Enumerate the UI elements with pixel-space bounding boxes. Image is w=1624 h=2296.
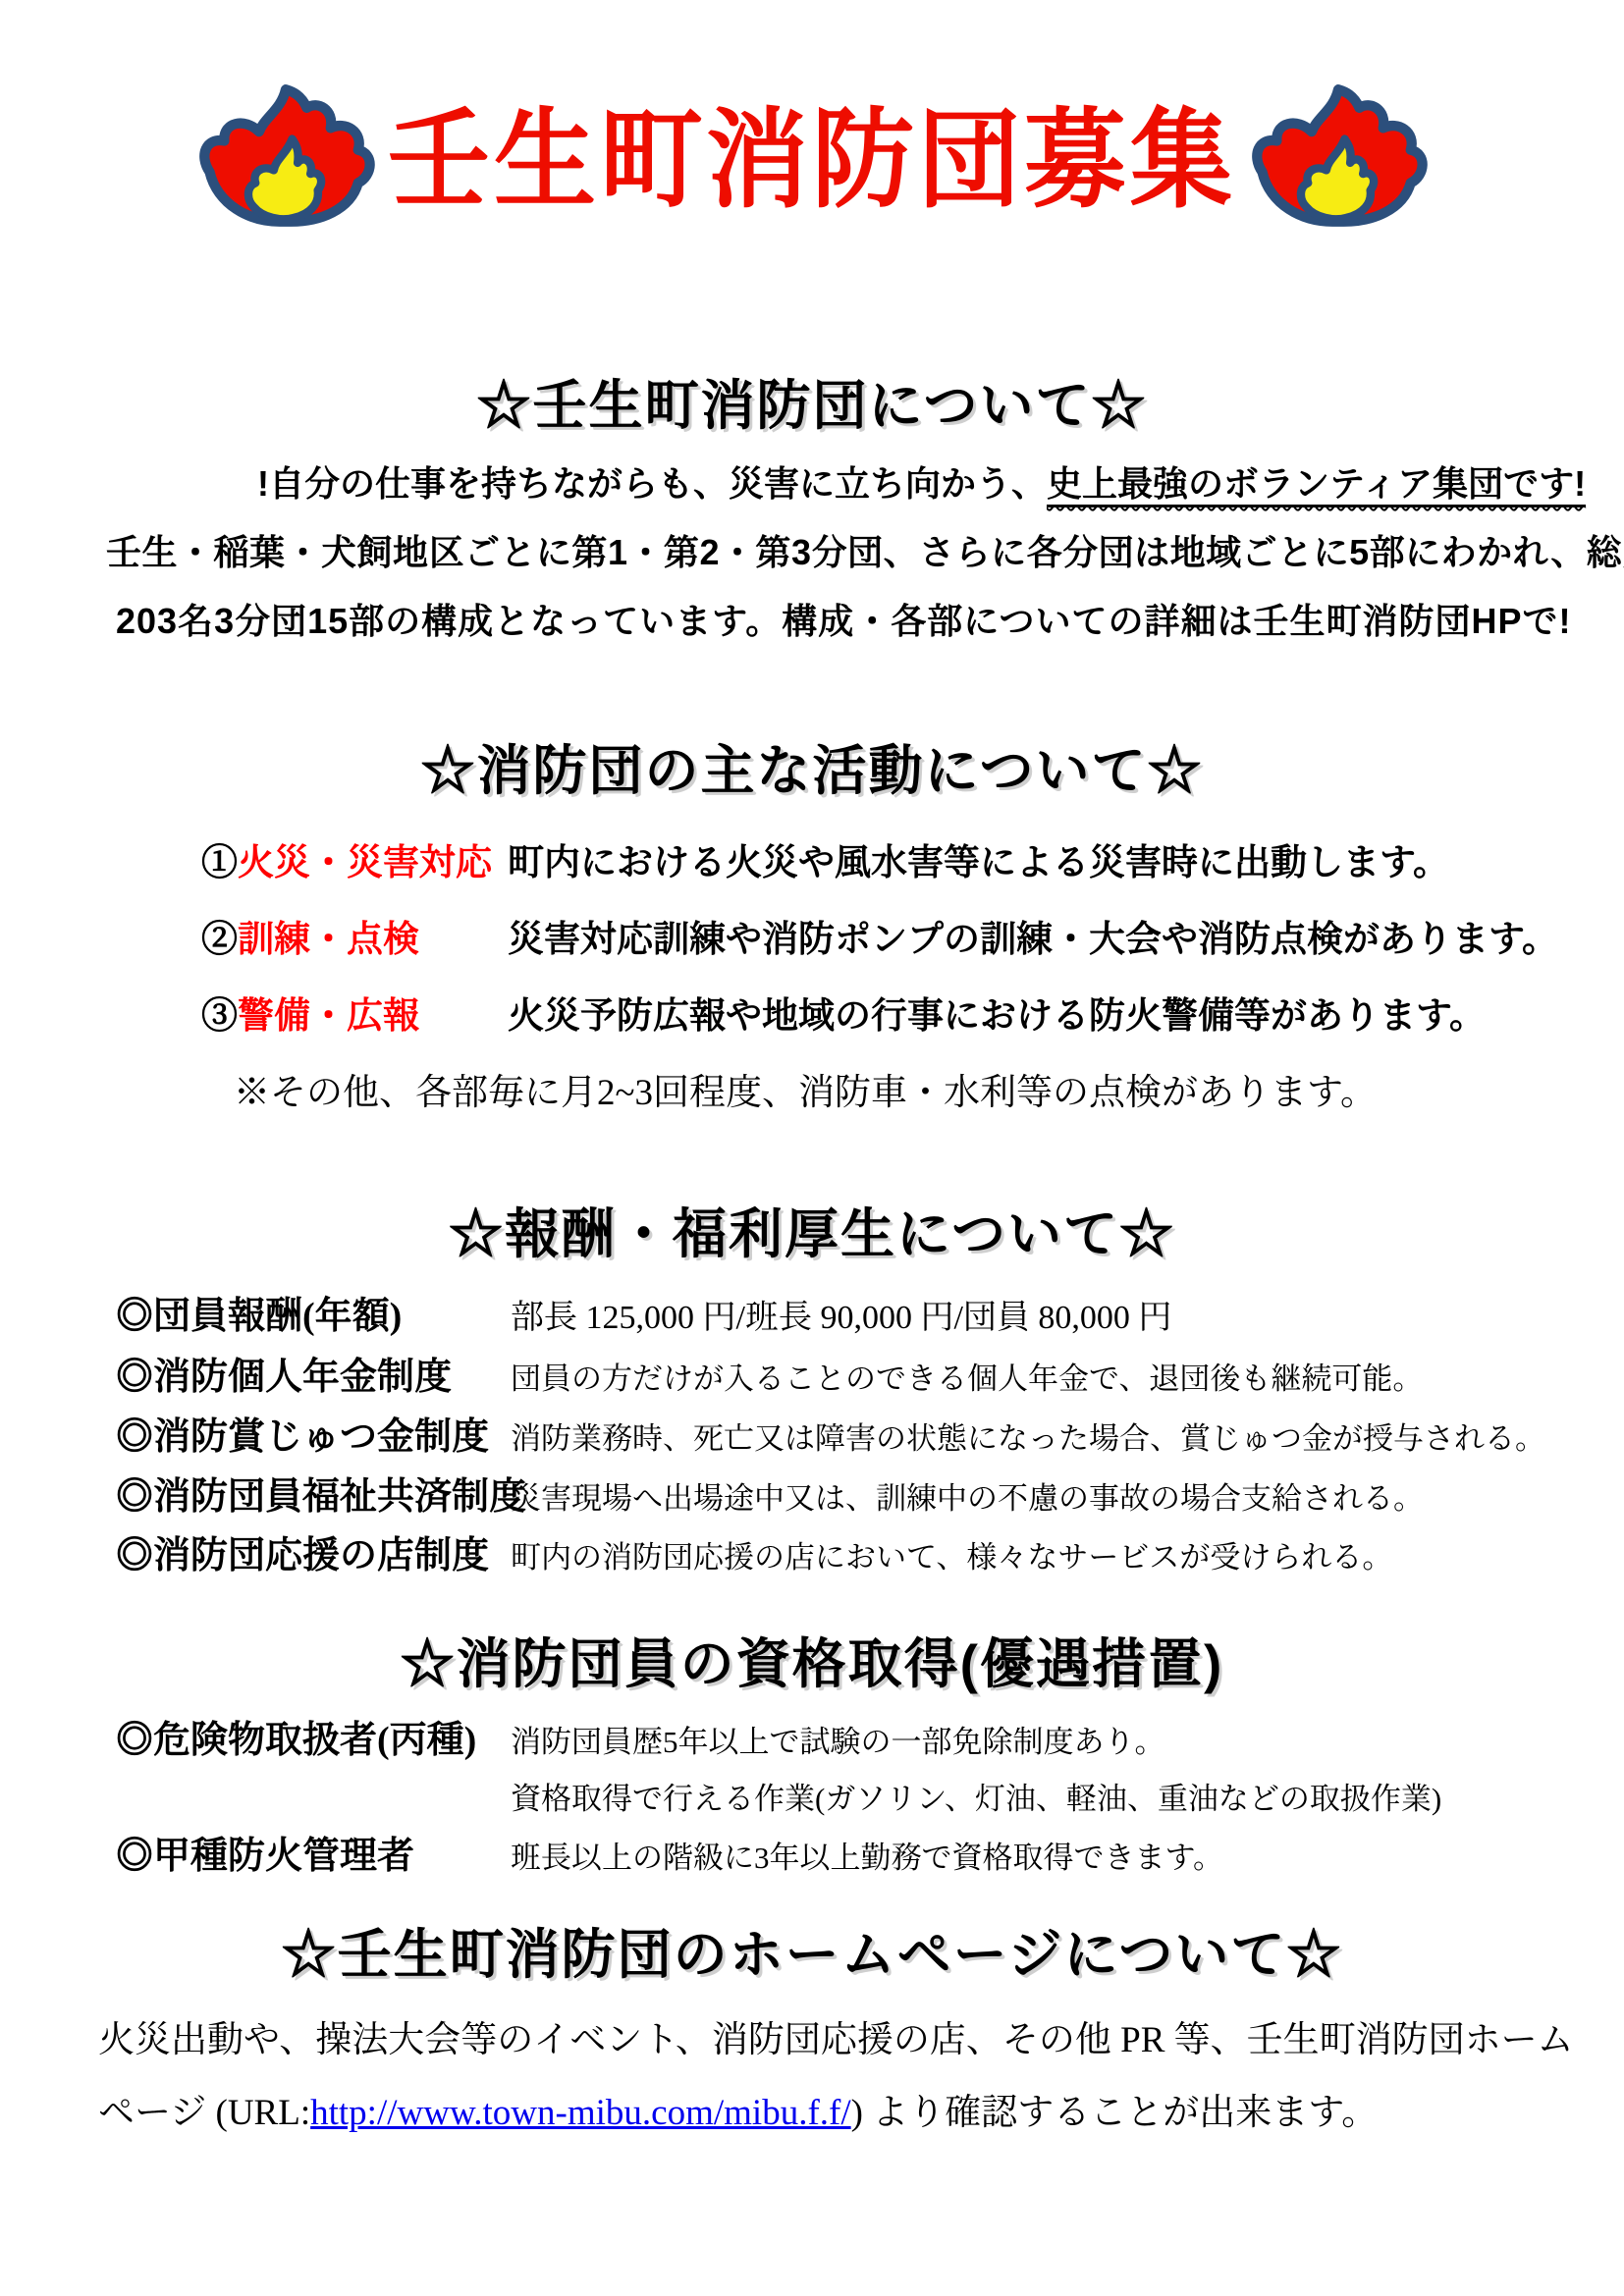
activities-note: ※その他、各部毎に月2~3回程度、消防車・水利等の点検があります。 [234,1062,1624,1115]
qualifications-list: ◎危険物取扱者(丙種) 消防団員歴5年以上で試験の一部免除制度あり。 資格取得で… [116,1720,1624,1879]
homepage-heading: ☆壬生町消防団のホームページについて☆ [0,1922,1624,1987]
activity-row: ③警備・広報 火災予防広報や地域の行事における防火警備等があります。 [201,986,1624,1039]
homepage-line-2: ページ (URL:http://www.town-mibu.com/mibu.f… [98,2077,1526,2150]
title-banner: 壬生町消防団募集 [0,0,1624,243]
homepage-url-link[interactable]: http://www.town-mibu.com/mibu.f.f/ [310,2093,851,2133]
benefit-row: ◎消防団員福祉共済制度 災害現場へ出場途中又は、訓練中の不慮の事故の場合支給され… [116,1476,1624,1520]
section-activities: ☆消防団の主な活動について☆ ①火災・災害対応 町内における火災や風水害等による… [0,738,1624,1115]
benefit-label: ◎消防賞じゅつ金制度 [116,1416,511,1460]
activity-label: ①火災・災害対応 [201,832,508,885]
activity-desc: 町内における火災や風水害等による災害時に出動します。 [508,832,1449,885]
about-line-1-emphasis: 史上最強のボランティア集団です! [1047,463,1586,507]
benefit-desc: 災害現場へ出場途中又は、訓練中の不慮の事故の場合支給される。 [511,1479,1424,1519]
about-line-2: 壬生・稲葉・犬飼地区ごとに第1・第2・第3分団、さらに各分団は地域ごとに5部にわ… [106,518,1526,587]
benefit-desc: 団員の方だけが入ることのできる個人年金で、退団後も継続可能。 [511,1360,1423,1399]
benefits-list: ◎団員報酬(年額) 部長 125,000 円/班長 90,000 円/団員 80… [116,1296,1624,1578]
activity-row: ①火災・災害対応 町内における火災や風水害等による災害時に出動します。 [201,832,1624,885]
qualification-label: ◎甲種防火管理者 [116,1836,511,1879]
benefit-label: ◎消防団応援の店制度 [116,1535,511,1578]
qualification-desc: 資格取得で行える作業(ガソリン、灯油、軽油、重油などの取扱作業) [511,1780,1441,1819]
benefits-heading: ☆報酬・福利厚生について☆ [0,1201,1624,1266]
homepage-paragraph: 火災出動や、操法大会等のイベント、消防団応援の店、その他 PR 等、壬生町消防団… [0,2004,1624,2150]
qualification-label: ◎危険物取扱者(丙種) [116,1720,511,1763]
activities-list: ①火災・災害対応 町内における火災や風水害等による災害時に出動します。 ②訓練・… [201,832,1624,1039]
qualification-row: ◎甲種防火管理者 班長以上の階級に3年以上勤務で資格取得できます。 [116,1836,1624,1879]
benefit-desc: 町内の消防団応援の店において、様々なサービスが受けられる。 [511,1538,1392,1577]
page-title: 壬生町消防団募集 [388,101,1236,220]
flyer-page: 壬生町消防団募集 ☆壬生町消防団について☆ !自分の仕事を持ちながらも、災害に立… [0,0,1624,2296]
section-homepage: ☆壬生町消防団のホームページについて☆ 火災出動や、操法大会等のイベント、消防団… [0,1922,1624,2150]
activity-label: ③警備・広報 [201,986,508,1039]
activity-label-text: 火災・災害対応 [238,842,492,882]
activity-number: ② [201,919,238,959]
activity-desc: 災害対応訓練や消防ポンプの訓練・大会や消防点検があります。 [508,909,1558,962]
section-qualifications: ☆消防団員の資格取得(優遇措置) ◎危険物取扱者(丙種) 消防団員歴5年以上で試… [0,1631,1624,1879]
activity-number: ① [201,842,238,882]
homepage-line-2-prefix: ページ (URL: [98,2093,310,2133]
qualification-row: 資格取得で行える作業(ガソリン、灯油、軽油、重油などの取扱作業) [116,1780,1624,1819]
benefit-desc: 消防業務時、死亡又は障害の状態になった場合、賞じゅつ金が授与される。 [511,1419,1545,1459]
activities-heading: ☆消防団の主な活動について☆ [0,738,1624,803]
qualification-row: ◎危険物取扱者(丙種) 消防団員歴5年以上で試験の一部免除制度あり。 [116,1720,1624,1763]
qualification-desc: 消防団員歴5年以上で試験の一部免除制度あり。 [511,1723,1165,1762]
benefit-row: ◎消防団応援の店制度 町内の消防団応援の店において、様々なサービスが受けられる。 [116,1535,1624,1578]
activity-number: ③ [201,995,238,1036]
about-paragraph: !自分の仕事を持ちながらも、災害に立ち向かう、史上最強のボランティア集団です! … [0,450,1624,656]
flame-icon-left [189,79,382,243]
about-line-3: 203名3分団15部の構成となっています。構成・各部についての詳細は壬生町消防団… [116,587,1526,656]
about-line-1-text: !自分の仕事を持ちながらも、災害に立ち向かう、 [257,463,1047,504]
homepage-line-1: 火災出動や、操法大会等のイベント、消防団応援の店、その他 PR 等、壬生町消防団… [98,2004,1526,2077]
activity-label: ②訓練・点検 [201,909,508,962]
activity-label-text: 訓練・点検 [238,919,419,959]
activity-desc: 火災予防広報や地域の行事における防火警備等があります。 [508,986,1486,1039]
homepage-line-2-suffix: ) より確認することが出来ます。 [851,2093,1379,2133]
activity-row: ②訓練・点検 災害対応訓練や消防ポンプの訓練・大会や消防点検があります。 [201,909,1624,962]
benefit-desc: 部長 125,000 円/班長 90,000 円/団員 80,000 円 [511,1297,1171,1340]
about-line-1: !自分の仕事を持ちながらも、災害に立ち向かう、史上最強のボランティア集団です! [257,450,1526,518]
benefit-label: ◎消防個人年金制度 [116,1357,511,1400]
section-about: ☆壬生町消防団について☆ !自分の仕事を持ちながらも、災害に立ち向かう、史上最強… [0,373,1624,656]
benefit-row: ◎団員報酬(年額) 部長 125,000 円/班長 90,000 円/団員 80… [116,1296,1624,1340]
section-benefits: ☆報酬・福利厚生について☆ ◎団員報酬(年額) 部長 125,000 円/班長 … [0,1201,1624,1578]
activity-label-text: 警備・広報 [238,995,419,1036]
benefit-row: ◎消防賞じゅつ金制度 消防業務時、死亡又は障害の状態になった場合、賞じゅつ金が授… [116,1416,1624,1460]
flame-icon-right [1242,79,1435,243]
benefit-row: ◎消防個人年金制度 団員の方だけが入ることのできる個人年金で、退団後も継続可能。 [116,1357,1624,1400]
about-heading: ☆壬生町消防団について☆ [0,373,1624,438]
benefit-label: ◎消防団員福祉共済制度 [116,1476,511,1520]
qualifications-heading: ☆消防団員の資格取得(優遇措置) [0,1631,1624,1696]
qualification-desc: 班長以上の階級に3年以上勤務で資格取得できます。 [511,1839,1223,1878]
benefit-label: ◎団員報酬(年額) [116,1296,511,1339]
